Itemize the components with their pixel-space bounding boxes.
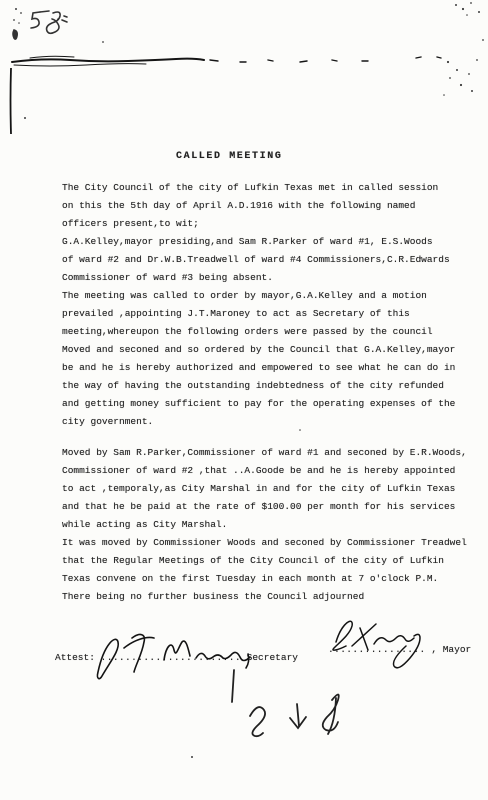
doc-line: There being no further business the Coun… [62, 588, 476, 606]
doc-line: officers present,to wit; [62, 215, 476, 233]
mayor-label: , Mayor [431, 644, 471, 655]
doc-line: city government. [62, 413, 476, 431]
page-title: CALLED MEETING [176, 151, 282, 162]
minutes-body: The City Council of the city of Lufkin T… [62, 179, 476, 606]
mayor-signature: G A Kelly [322, 608, 432, 677]
doc-line: Moved by Sam R.Parker,Commissioner of wa… [62, 444, 476, 462]
margin-line-artifact [11, 68, 12, 134]
doc-line: be and he is hereby authorized and empow… [62, 359, 476, 377]
mayor-signature-ink [322, 608, 432, 672]
doc-line: and getting money sufficient to pay for … [62, 395, 476, 413]
doc-line: Commissioner of ward #3 being absent. [62, 269, 476, 287]
doc-line: of ward #2 and Dr.W.B.Treadwell of ward … [62, 251, 476, 269]
doc-line: Commissioner of ward #2 ,that ..A.Goode … [62, 462, 476, 480]
pencil-page-number-mark [13, 11, 67, 39]
scanned-minutes-page: CALLED MEETING The City Council of the c… [0, 0, 488, 800]
doc-line: meeting,whereupon the following orders w… [62, 323, 476, 341]
doc-line: It was moved by Commissioner Woods and s… [62, 534, 476, 552]
doc-line: prevailed ,appointing J.T.Maroney to act… [62, 305, 476, 323]
doc-line: the way of having the outstanding indebt… [62, 377, 476, 395]
doc-line: The City Council of the city of Lufkin T… [62, 179, 476, 197]
doc-line: G.A.Kelley,mayor presiding,and Sam R.Par… [62, 233, 476, 251]
doc-line: and that he be paid at the rate of $100.… [62, 498, 476, 516]
doc-line: to act ,temporaly,as City Marshal in and… [62, 480, 476, 498]
doc-line: Moved and seconed and so ordered by the … [62, 341, 476, 359]
doc-line: Texas convene on the first Tuesday in ea… [62, 570, 476, 588]
scratch-line-artifact [12, 56, 441, 66]
doc-line: The meeting was called to order by mayor… [62, 287, 476, 305]
doc-line: that the Regular Meetings of the City Co… [62, 552, 476, 570]
secretary-signature: J. T. Maroney [80, 614, 260, 689]
pencil-specks [13, 8, 104, 43]
secretary-signature-ink [80, 614, 260, 684]
doc-line: on this the 5th day of April A.D.1916 wi… [62, 197, 476, 215]
doc-line: while acting as City Marshal. [62, 516, 476, 534]
